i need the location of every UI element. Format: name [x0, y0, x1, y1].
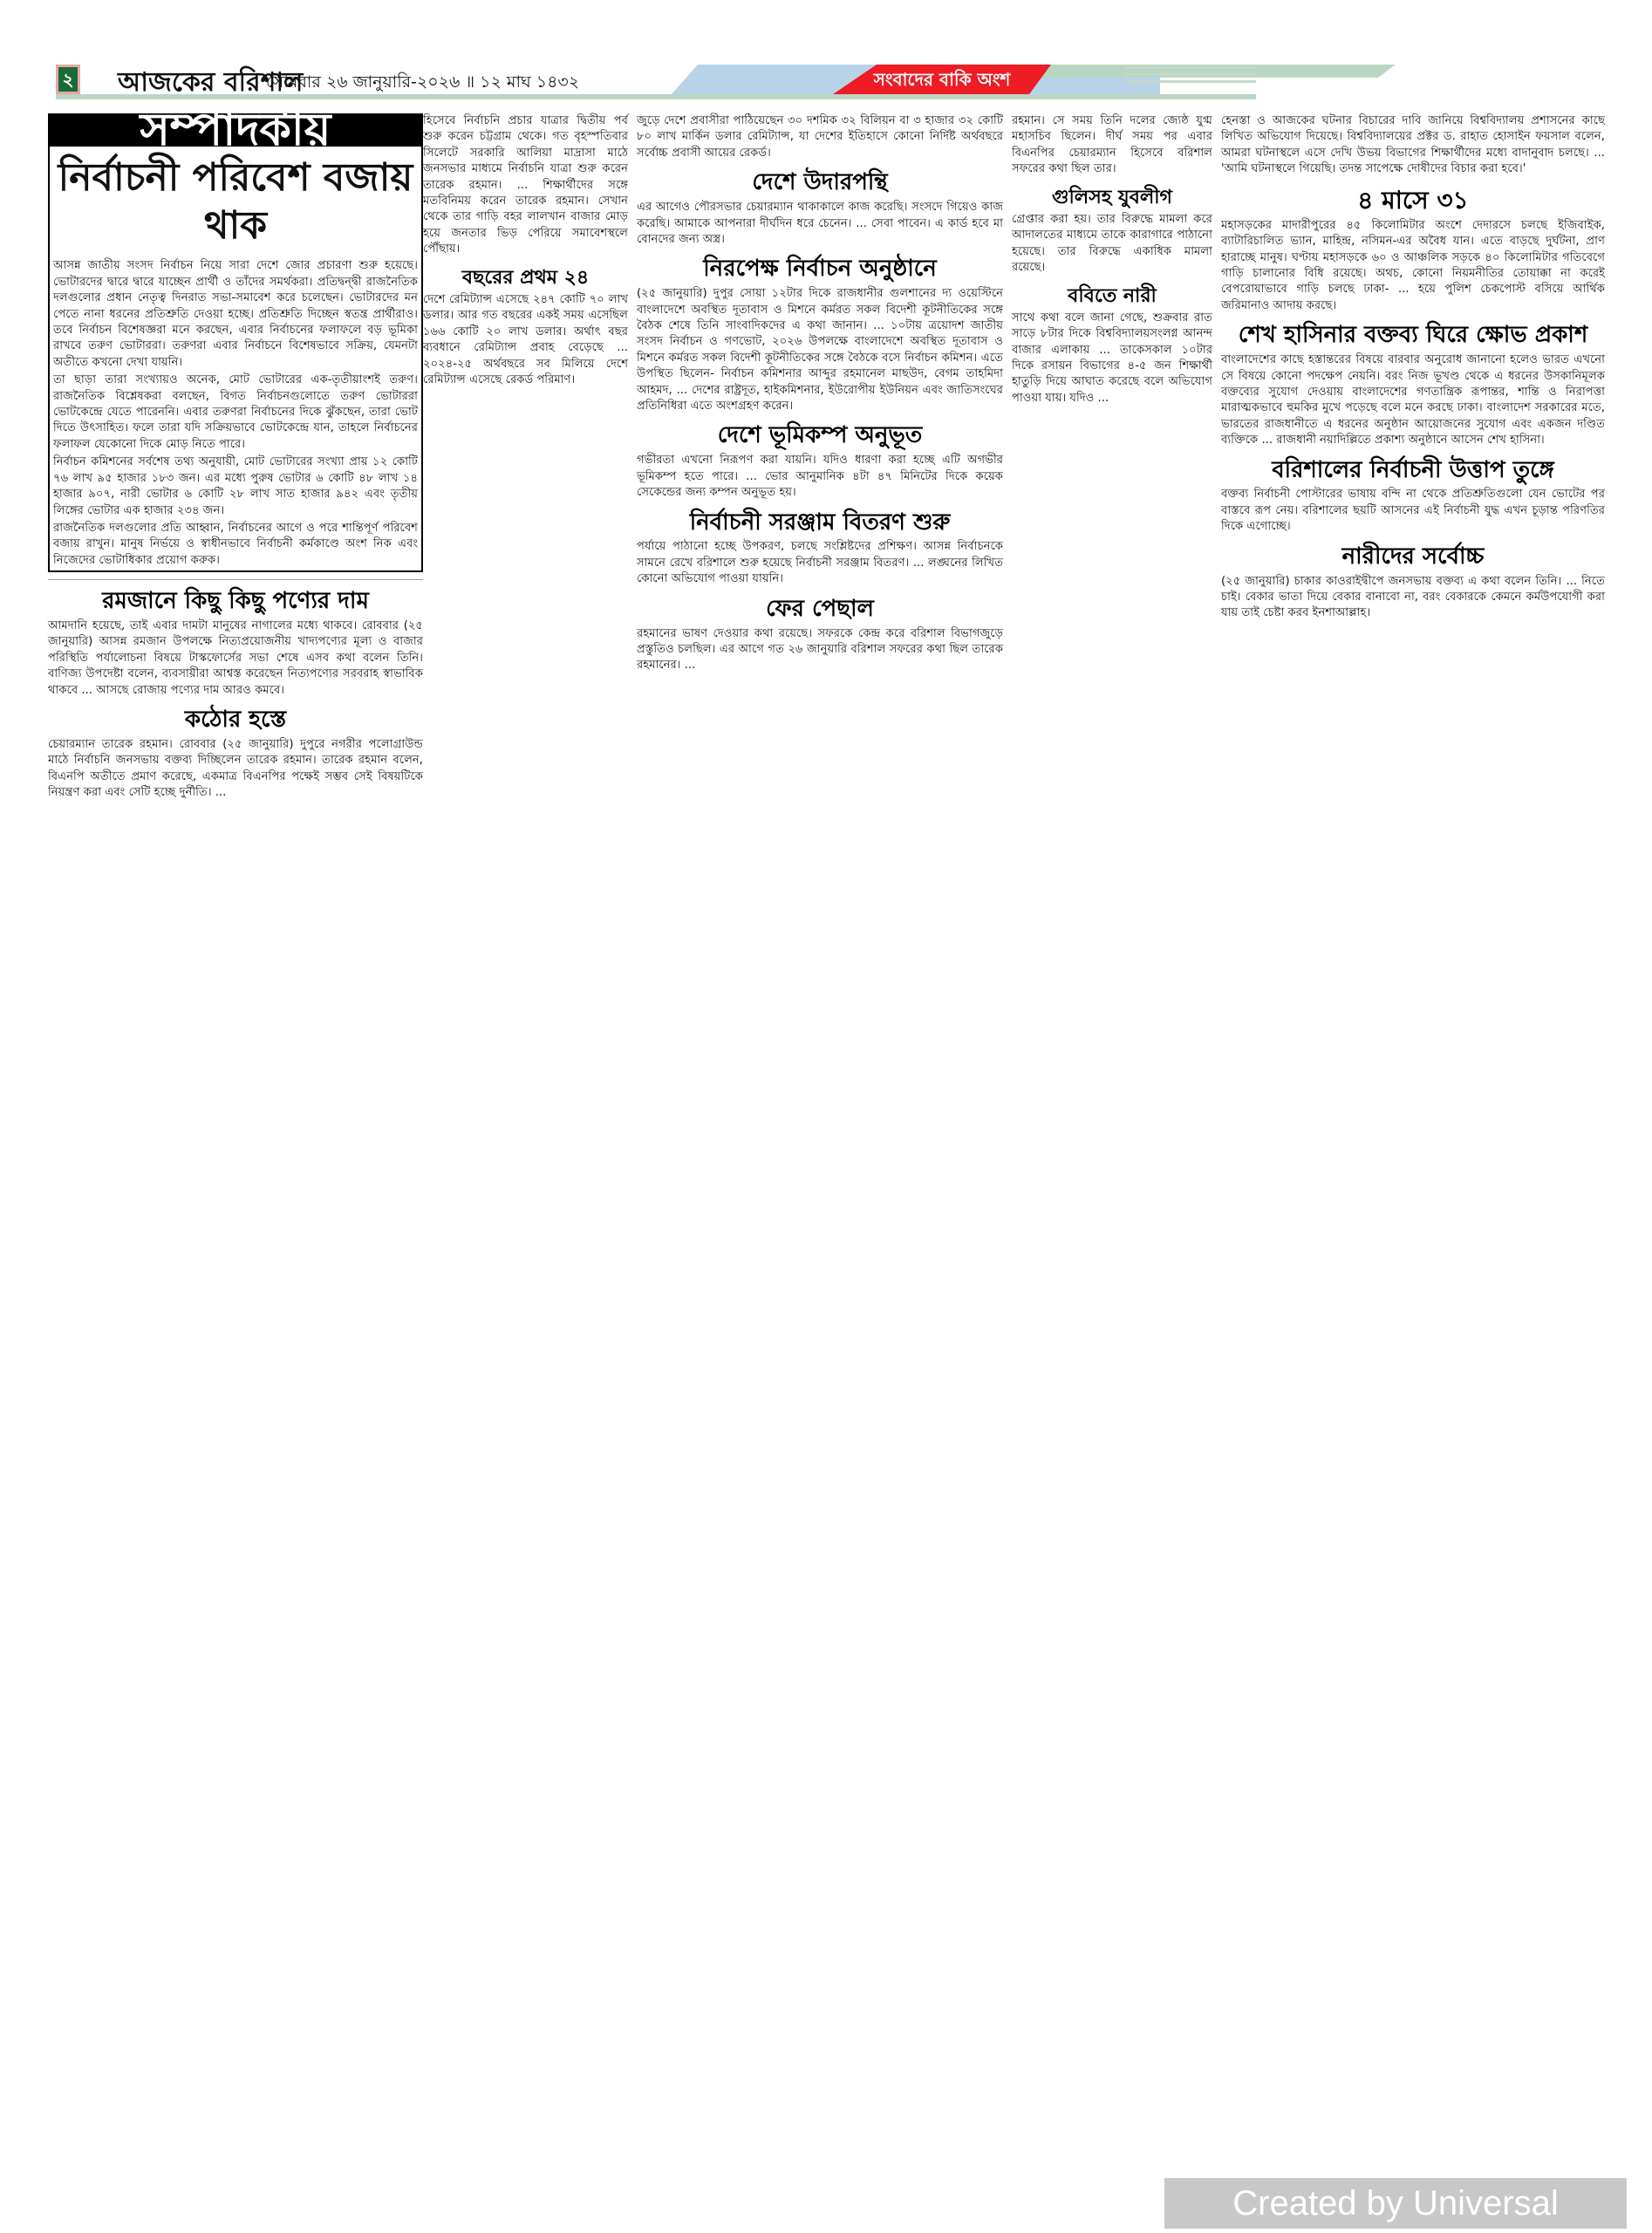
article-headline-election-materials: নির্বাচনী সরঞ্জাম বিতরণ শুরু: [637, 510, 1003, 536]
decorative-rule-lines: [1125, 66, 1256, 87]
article-headline-earthquake: দেশে ভূমিকম্প অনুভূত: [637, 423, 1003, 449]
column-3: জুড়ে দেশে প্রবাসীরা পাঠিয়েছেন ৩০ দশমিক…: [637, 113, 1003, 676]
article-body-first-24: দেশে রেমিট্যান্স এসেছে ২৪৭ কোটি ৭০ লাখ ড…: [423, 292, 628, 388]
article-body-liberal: এর আগেও পৌরসভার চেয়ারম্যান থাকাকালে কাজ…: [637, 200, 1003, 248]
article-body-neutral-election: (২৫ জানুয়ারি) দুপুর সোয়া ১২টার দিকে রা…: [637, 286, 1003, 414]
article-headline-jubo-league: গুলিসহ যুবলীগ: [1012, 187, 1212, 208]
article-body-chairman-tour: রহমান। সে সময় তিনি দলের জ্যেষ্ঠ যুগ্ম ম…: [1012, 113, 1212, 178]
article-headline-hasina: শেখ হাসিনার বক্তব্য ঘিরে ক্ষোভ প্রকাশ: [1221, 323, 1605, 349]
article-headline-women-highest: নারীদের সর্বোচ্চ: [1221, 544, 1605, 570]
editorial-box: সম্পাদকীয় নির্বাচনী পরিবেশ বজায় থাক আস…: [48, 113, 423, 572]
article-body-kathor: চেয়ারম্যান তারেক রহমান। রোববার (২৫ জানু…: [48, 737, 423, 802]
article-body-jubo-league: গ্রেপ্তার করা হয়। তার বিরুদ্ধে মামলা কর…: [1012, 212, 1212, 277]
article-headline-barishal-heat: বরিশালের নির্বাচনী উত্তাপ তুঙ্গে: [1221, 458, 1605, 484]
editorial-paragraph: রাজনৈতিক দলগুলোর প্রতি আহ্বান, নির্বাচনে…: [53, 521, 418, 569]
column-2: হিসেবে নির্বাচনি প্রচার যাত্রার দ্বিতীয়…: [423, 113, 628, 390]
editorial-paragraph: আসন্ন জাতীয় সংসদ নির্বাচন নিয়ে সারা দে…: [53, 258, 418, 371]
article-body-four-months: মহাসড়কের মাদারীপুরের ৪৫ কিলোমিটার অংশে …: [1221, 218, 1605, 314]
masthead: ২ আজকের বরিশাল সোমবার ২৬ জানুয়ারি-২০২৬ …: [0, 0, 1652, 105]
article-body-helena: হেনস্তা ও আজকের ঘটনার বিচারের দাবি জানিয…: [1221, 113, 1605, 178]
column-5: হেনস্তা ও আজকের ঘটনার বিচারের দাবি জানিয…: [1221, 113, 1605, 624]
article-body-fer-pechhal: রহমানের ভাষণ দেওয়ার কথা রয়েছে। সফরকে ক…: [637, 626, 1003, 674]
divider: [48, 579, 423, 580]
article-body-earthquake: গভীরতা এখনো নিরূপণ করা যায়নি। যদিও ধারণ…: [637, 453, 1003, 501]
editorial-headline: নির্বাচনী পরিবেশ বজায় থাক: [50, 147, 421, 258]
article-body-women-highest: (২৫ জানুয়ারি) চাকার কাওরাইদ্বীপে জনসভায…: [1221, 574, 1605, 622]
article-body-hasina: বাংলাদেশের কাছে হস্তান্তরের বিষয়ে বারবা…: [1221, 352, 1605, 448]
masthead-divider: [56, 94, 1256, 99]
page-number-badge: ২: [56, 65, 80, 94]
column-1: সম্পাদকীয় নির্বাচনী পরিবেশ বজায় থাক আস…: [48, 113, 423, 803]
editorial-label: সম্পাদকীয়: [50, 115, 421, 147]
article-body-ramadan: আমদানি হয়েছে, তাই এবার দামটা মানুষের না…: [48, 618, 423, 699]
article-headline-bobite-nari: ববিতে নারী: [1012, 285, 1212, 307]
article-headline-neutral-election: নিরপেক্ষ নির্বাচন অনুষ্ঠানে: [637, 256, 1003, 283]
editorial-body: আসন্ন জাতীয় সংসদ নির্বাচন নিয়ে সারা দে…: [50, 258, 421, 569]
article-body-barishal-heat: বক্তব্য নির্বাচনী পোস্টারের ভাষায় বন্দি…: [1221, 487, 1605, 535]
column-4: রহমান। সে সময় তিনি দলের জ্যেষ্ঠ যুগ্ম ম…: [1012, 113, 1212, 408]
article-body-remittance: জুড়ে দেশে প্রবাসীরা পাঠিয়েছেন ৩০ দশমিক…: [637, 113, 1003, 161]
article-body-rally: হিসেবে নির্বাচনি প্রচার যাত্রার দ্বিতীয়…: [423, 113, 628, 258]
article-headline-kathor: কঠোর হস্তে: [48, 707, 423, 734]
article-headline-four-months: ৪ মাসে ৩১: [1221, 187, 1605, 215]
article-headline-ramadan: রমজানে কিছু কিছু পণ্যের দাম: [48, 589, 423, 615]
editorial-paragraph: নির্বাচন কমিশনের সর্বশেষ তথ্য অনুযায়ী, …: [53, 454, 418, 519]
article-headline-fer-pechhal: ফের পেছাল: [637, 597, 1003, 623]
article-headline-liberal: দেশে উদারপন্থি: [637, 170, 1003, 196]
article-headline-first-24: বছরের প্রথম ২৪: [423, 267, 628, 289]
article-body-bobite-nari: সাথে কথা বলে জানা গেছে, শুক্রবার রাত সাড…: [1012, 311, 1212, 406]
editorial-paragraph: তা ছাড়া তারা সংখ্যায়ও অনেক, মোট ভোটারে…: [53, 372, 418, 453]
converter-watermark: Created by Universal Document Converter: [1164, 2178, 1627, 2229]
article-body-election-materials: পর্যায়ে পাঠানো হচ্ছে উপকরণ, চলছে সংশ্লি…: [637, 539, 1003, 587]
